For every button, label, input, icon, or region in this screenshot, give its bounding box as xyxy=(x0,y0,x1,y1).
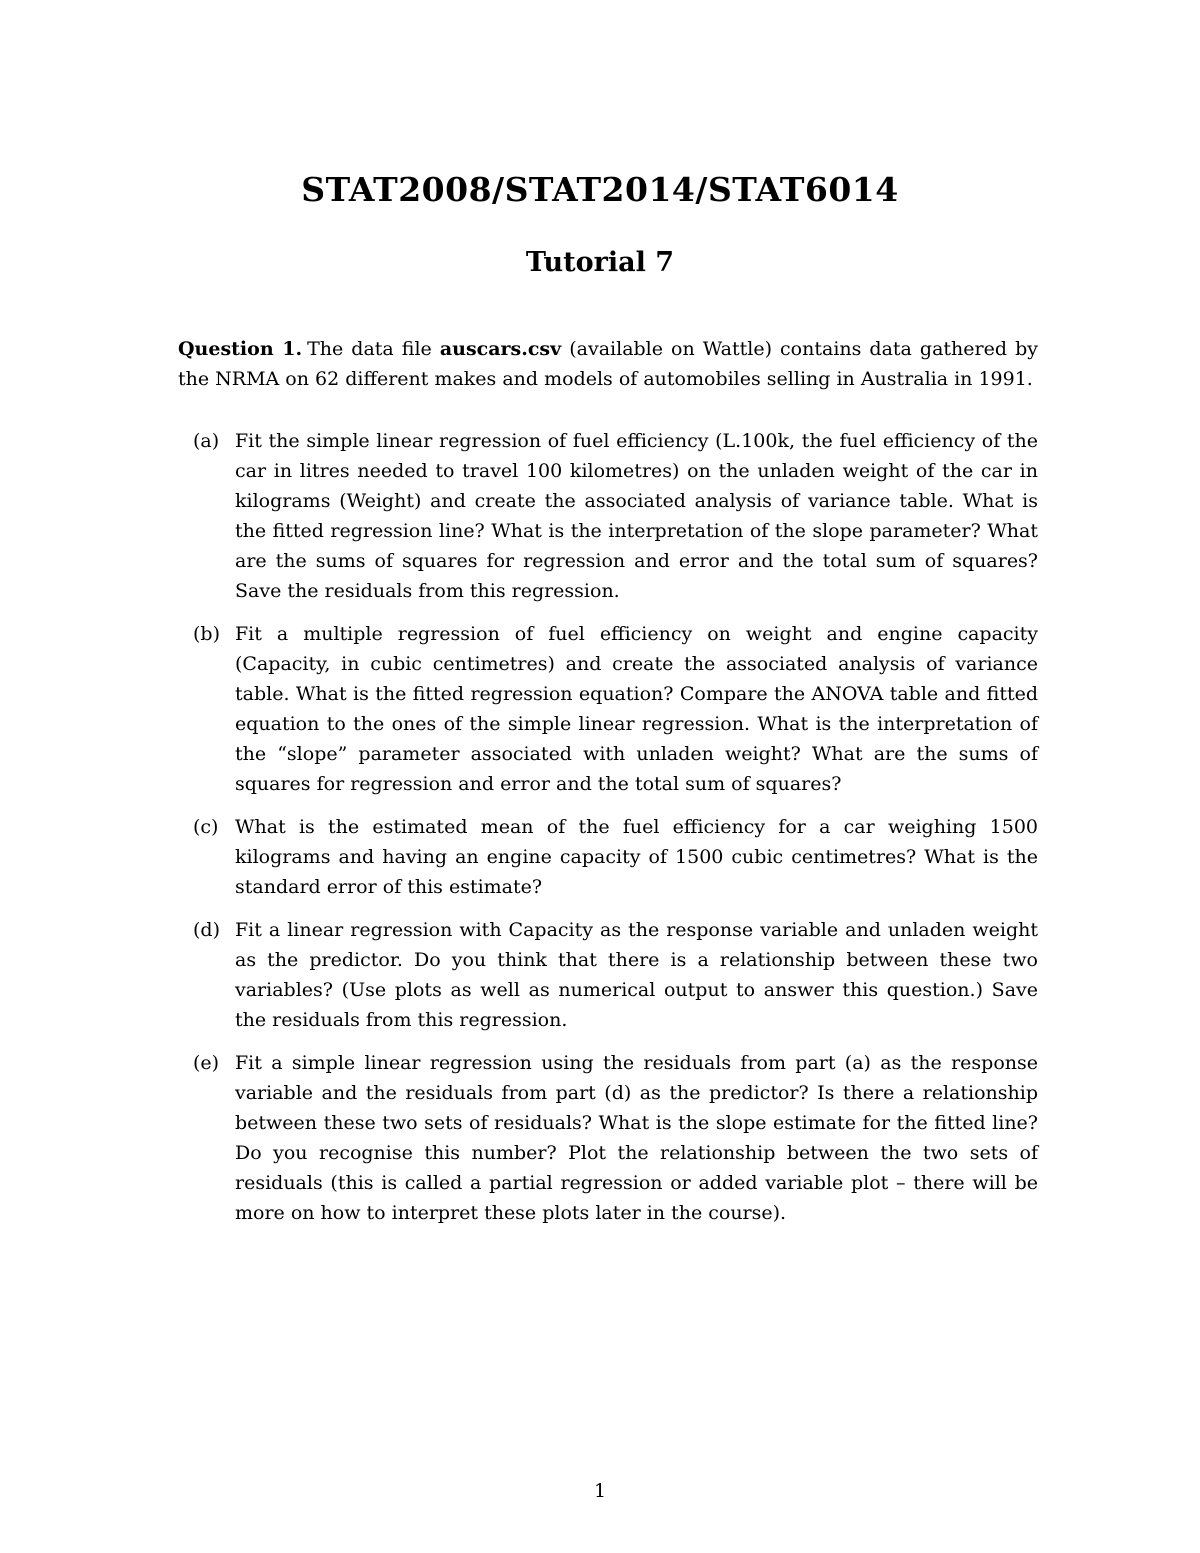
question1-intro-before: The data file xyxy=(307,338,440,360)
list-item-b-label: (b) xyxy=(178,619,235,799)
document-page: STAT2008/STAT2014/STAT6014 Tutorial 7 Qu… xyxy=(0,0,1200,1553)
document-body: Question 1.The data file auscars.csv (av… xyxy=(178,334,1038,1241)
list-item-c: (c) What is the estimated mean of the fu… xyxy=(178,812,1038,902)
list-item-a: (a) Fit the simple linear regression of … xyxy=(178,426,1038,606)
list-item-e-text: Fit a simple linear regression using the… xyxy=(235,1048,1038,1228)
list-item-e: (e) Fit a simple linear regression using… xyxy=(178,1048,1038,1228)
list-item-b: (b) Fit a multiple regression of fuel ef… xyxy=(178,619,1038,799)
list-item-d: (d) Fit a linear regression with Capacit… xyxy=(178,915,1038,1035)
question1-item-list: (a) Fit the simple linear regression of … xyxy=(178,426,1038,1228)
list-item-d-text: Fit a linear regression with Capacity as… xyxy=(235,915,1038,1035)
list-item-e-label: (e) xyxy=(178,1048,235,1228)
document-subtitle: Tutorial 7 xyxy=(0,247,1200,278)
list-item-b-text: Fit a multiple regression of fuel effici… xyxy=(235,619,1038,799)
page-number: 1 xyxy=(0,1480,1200,1502)
question1-intro-paragraph: Question 1.The data file auscars.csv (av… xyxy=(178,334,1038,394)
list-item-a-text: Fit the simple linear regression of fuel… xyxy=(235,426,1038,606)
question1-label: Question 1. xyxy=(178,338,302,360)
list-item-c-text: What is the estimated mean of the fuel e… xyxy=(235,812,1038,902)
document-title: STAT2008/STAT2014/STAT6014 xyxy=(0,170,1200,209)
list-item-d-label: (d) xyxy=(178,915,235,1035)
list-item-c-label: (c) xyxy=(178,812,235,902)
question1-filename: auscars.csv xyxy=(440,338,561,360)
list-item-a-label: (a) xyxy=(178,426,235,606)
